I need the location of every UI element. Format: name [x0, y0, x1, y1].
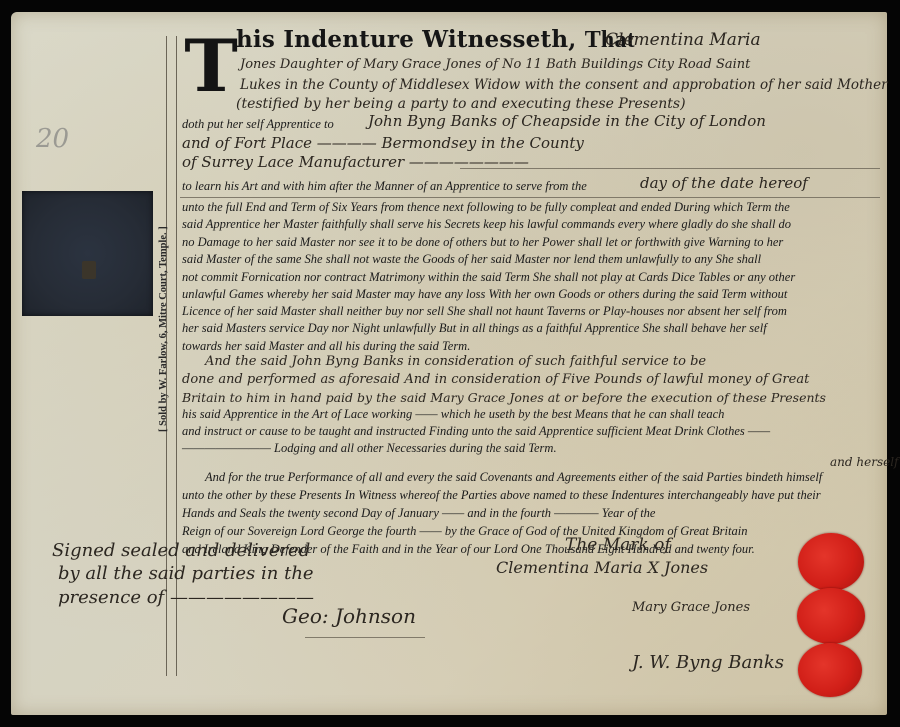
consideration-line: and instruct or cause to be taught and i…: [182, 424, 770, 439]
term-line: unto the full End and Term of Six Years …: [182, 200, 790, 215]
term-line: said Apprentice her Master faithfully sh…: [182, 217, 791, 232]
title-text: his Indenture Witnesseth,: [236, 26, 576, 53]
term-line: not commit Fornication nor contract Matr…: [182, 270, 795, 285]
consideration-line: done and performed as aforesaid And in c…: [182, 372, 809, 387]
term-line: her said Masters service Day nor Night u…: [182, 321, 767, 336]
revenue-stamp: [22, 191, 153, 316]
consideration-line: ———————— Lodging and all other Necessari…: [182, 441, 557, 456]
body-written-0: John Byng Banks of Cheapside in the City…: [368, 112, 766, 130]
term-line: towards her said Master and all his duri…: [182, 339, 470, 354]
printer-imprint: [ Sold by W. Farlow, 6, Mitre Court, Tem…: [158, 226, 169, 432]
term-line: Licence of her said Master shall neither…: [182, 304, 787, 319]
wax-seal-3: [798, 643, 862, 697]
interlineation: and herself: [830, 455, 898, 469]
wax-seal-1: [798, 533, 864, 591]
body-printed-3: to learn his Art and with him after the …: [182, 179, 587, 194]
attestation-line: presence of ————————: [58, 587, 314, 608]
signature-clementina: Clementina Maria X Jones: [496, 558, 708, 577]
term-line: no Damage to her said Master nor see it …: [182, 235, 783, 250]
consideration-line: Britain to him in hand paid by the said …: [182, 390, 826, 405]
apprentice-name: Clementina Maria: [605, 30, 761, 50]
body-written-3: day of the date hereof: [640, 174, 808, 192]
term-line: said Master of the same She shall not wa…: [182, 252, 761, 267]
performance-line: And for the true Performance of all and …: [205, 470, 822, 485]
consideration-line: And the said John Byng Banks in consider…: [205, 354, 706, 369]
stamp-emboss-icon: [82, 261, 96, 279]
attestation-line: by all the said parties in the: [58, 563, 314, 584]
decorative-dropcap: T: [180, 33, 242, 99]
fill-rule: [460, 168, 880, 169]
signature-mary-grace: Mary Grace Jones: [632, 600, 750, 615]
attestation-line: Signed sealed and delivered: [52, 540, 310, 561]
witness-signature: Geo: Johnson: [282, 604, 416, 628]
term-line: unlawful Games whereby her said Master m…: [182, 287, 787, 302]
signature-banks: J. W. Byng Banks: [632, 652, 784, 673]
consideration-line: his said Apprentice in the Art of Lace w…: [182, 407, 724, 422]
performance-line: unto the other by these Presents In Witn…: [182, 488, 821, 503]
witness-underline: [305, 637, 425, 638]
header-line-2: Jones Daughter of Mary Grace Jones of No…: [240, 57, 750, 72]
body-printed-0: doth put her self Apprentice to: [182, 117, 334, 132]
header-line-4: (testified by her being a party to and e…: [236, 96, 686, 112]
section-rule: [180, 197, 880, 198]
performance-line: Hands and Seals the twenty second Day of…: [182, 506, 655, 521]
wax-seal-2: [797, 588, 865, 644]
pencil-note: 20: [36, 124, 69, 154]
document-title: his Indenture Witnesseth, That: [236, 26, 635, 54]
body-written-1: and of Fort Place ———— Bermondsey in the…: [182, 134, 584, 152]
header-line-3: Lukes in the County of Middlesex Widow w…: [240, 77, 888, 93]
signature-mark-label: The Mark of: [565, 535, 671, 555]
